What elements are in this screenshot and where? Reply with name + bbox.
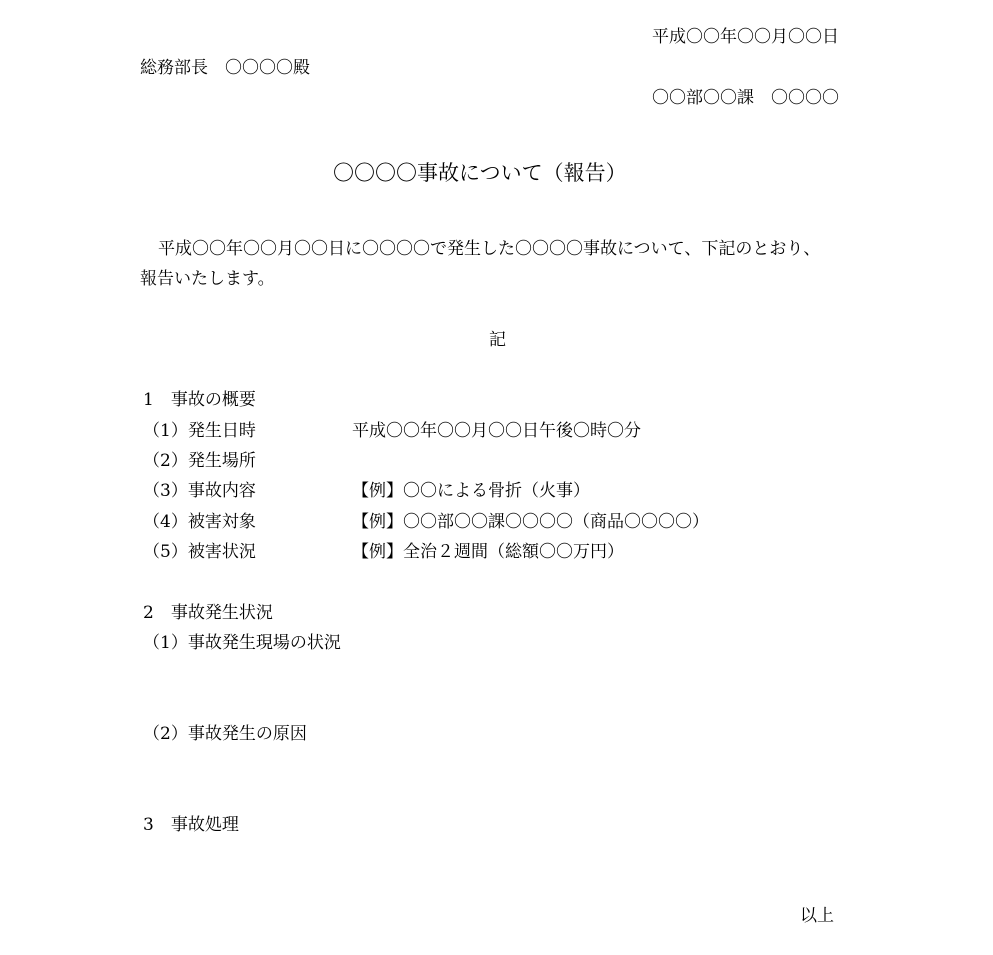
sender: 〇〇部〇〇課 〇〇〇〇: [652, 90, 839, 107]
ki-heading: 記: [489, 332, 506, 349]
closing-ijou: 以上: [800, 908, 834, 925]
document-title: 〇〇〇〇事故について（報告）: [333, 163, 627, 184]
section-2-item-site-status: （1）事故発生現場の状況: [143, 635, 341, 652]
item-label-damage-target: （4）被害対象: [143, 514, 256, 531]
item-label-occurrence-datetime: （1）発生日時: [143, 423, 256, 440]
intro-line-2: 報告いたします。: [140, 271, 275, 288]
item-value-accident-details: 【例】〇〇による骨折（火事）: [352, 483, 590, 500]
item-value-occurrence-datetime: 平成〇〇年〇〇月〇〇日午後〇時〇分: [352, 423, 641, 440]
item-value-damage-status: 【例】全治２週間（総額〇〇万円）: [352, 544, 624, 561]
section-1-heading: 1 事故の概要: [143, 392, 256, 409]
report-date: 平成〇〇年〇〇月〇〇日: [652, 29, 839, 46]
section-2-heading: 2 事故発生状況: [143, 605, 273, 622]
item-label-damage-status: （5）被害状況: [143, 544, 256, 561]
section-2-item-cause: （2）事故発生の原因: [143, 726, 307, 743]
section-3-heading: 3 事故処理: [143, 817, 239, 834]
recipient: 総務部長 〇〇〇〇殿: [140, 60, 310, 77]
item-value-damage-target: 【例】〇〇部〇〇課〇〇〇〇（商品〇〇〇〇）: [352, 514, 709, 531]
item-label-occurrence-place: （2）発生場所: [143, 453, 256, 470]
intro-line-1: 平成〇〇年〇〇月〇〇日に〇〇〇〇で発生した〇〇〇〇事故について、下記のとおり、: [158, 241, 820, 258]
item-label-accident-details: （3）事故内容: [143, 483, 256, 500]
